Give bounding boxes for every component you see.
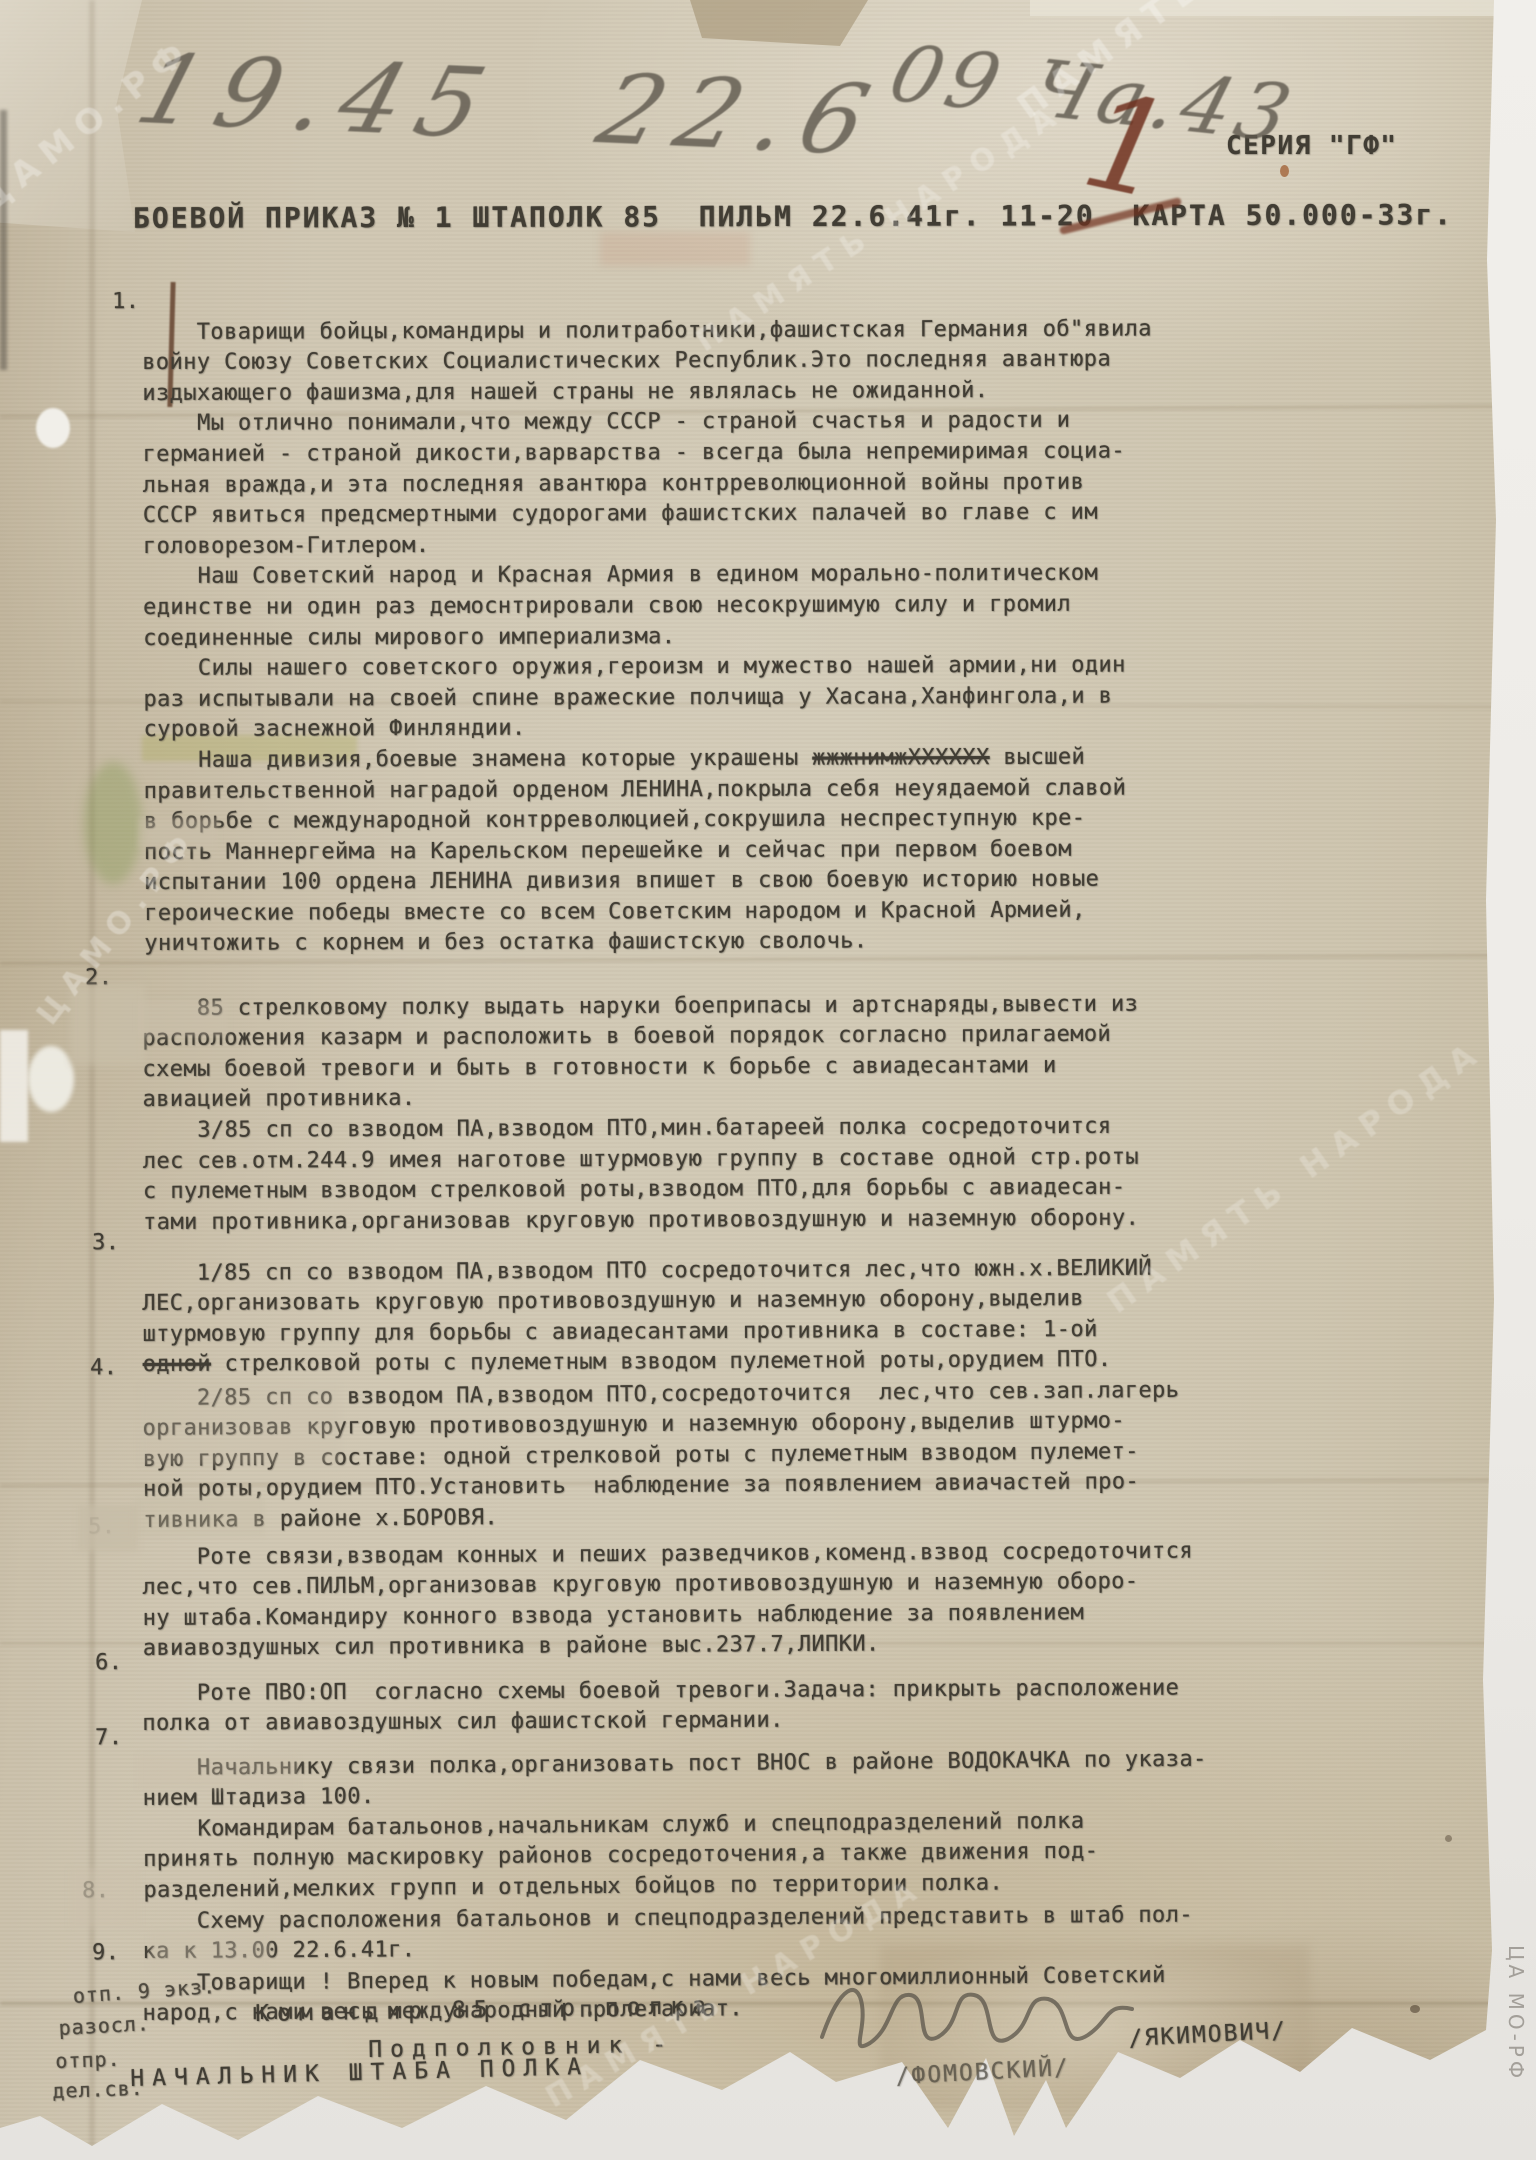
paragraph-number: 9.	[92, 1938, 120, 1969]
paragraph-number: 2.	[85, 963, 112, 994]
paragraph-number: 7.	[95, 1723, 123, 1754]
paragraph-text: Товарищи бойцы,командиры и политработник…	[142, 316, 1152, 773]
paragraph-number: 8.	[82, 1876, 109, 1907]
order-title: БОЕВОЙ ПРИКАЗ № 1 ШТАПОЛК 85 ПИЛЬМ 22.6.…	[133, 198, 1453, 234]
margin-note-sent: отпр.	[55, 2047, 121, 2073]
paragraph-number: 1.	[112, 287, 139, 318]
paragraph-2: 2.85 стрелковому полку выдать наруки бое…	[142, 959, 1158, 1269]
margin-note-distributed: разосл.	[58, 2011, 150, 2040]
paper-damage-spot	[28, 1046, 74, 1112]
rust-spot	[1280, 165, 1289, 177]
vertical-fold-line	[90, 0, 94, 2150]
edge-tear-left	[0, 1030, 28, 1142]
paragraph-number: 3.	[92, 1228, 119, 1259]
dark-speck	[1445, 1835, 1452, 1842]
watermark-edge-tsamo: ЦА МО-РФ	[1504, 1945, 1528, 2082]
struck-text: жжжнимжХХХХХХ	[812, 745, 989, 771]
signature-scrawl	[810, 1965, 1150, 2075]
pink-stain	[600, 232, 750, 266]
paragraph-text: 85 стрелковому полку выдать наруки боепр…	[142, 991, 1139, 1235]
punch-hole	[36, 408, 70, 448]
green-stain	[84, 762, 142, 884]
paragraph-number: 4.	[90, 1353, 118, 1384]
dark-speck	[1410, 2005, 1420, 2013]
paragraph-1: 1.Товарищи бойцы,командиры и политработн…	[142, 283, 1159, 990]
paragraph-number: 6.	[95, 1648, 122, 1679]
paragraph-number: 5.	[88, 1512, 115, 1543]
paragraph-text: высшей правительственной наградой ордено…	[144, 745, 1127, 957]
scan-edge-shadow	[0, 110, 7, 370]
document-scan: 19.45 22.6 09 Ча.43 1 СЕРИЯ "ГФ" БОЕВОЙ …	[0, 0, 1536, 2160]
backing-sheet-top-edge	[1030, 0, 1500, 16]
paragraph-text: 1/85 сп со взводом ПА,взводом ПТО сосред…	[142, 1255, 1152, 1346]
